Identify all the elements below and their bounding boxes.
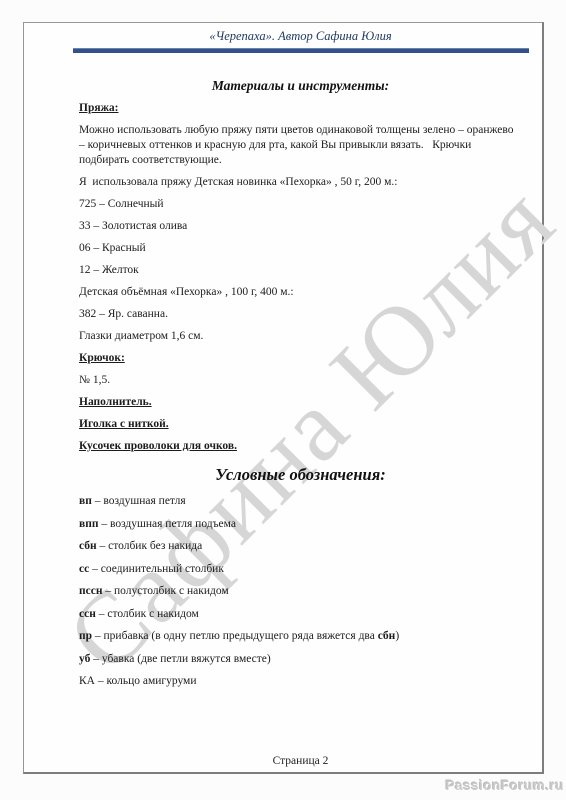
hook-label: Крючок: — [79, 351, 522, 366]
document-content: «Черепаха». Автор Сафина Юлия Материалы … — [24, 23, 542, 772]
page-border-frame: Сафина Юлия «Черепаха». Автор Сафина Юли… — [23, 22, 544, 774]
legend-item: уб – убавка (две петли вяжутся вместе) — [79, 652, 522, 667]
legend-term: сс — [79, 563, 89, 575]
document-page: Сафина Юлия «Черепаха». Автор Сафина Юли… — [0, 0, 566, 800]
legend-desc: – столбик с накидом — [96, 608, 199, 620]
legend-term: впп — [79, 518, 98, 530]
legend-term: сбн — [79, 540, 97, 552]
legend-desc: – убавка (две петли вяжутся вместе) — [90, 653, 270, 665]
legend-desc-bold: сбн — [378, 630, 396, 642]
hook-size-line: № 1,5. — [79, 373, 522, 388]
legend-term: ссн — [79, 608, 96, 620]
used-yarn-line: Я использовала пряжу Детская новинка «Пе… — [79, 175, 522, 190]
eyes-line: Глазки диаметром 1,6 см. — [79, 329, 522, 344]
legend-list: вп – воздушная петля впп – воздушная пет… — [79, 494, 522, 689]
legend-term: пссн — [79, 585, 102, 597]
legend-desc: ) — [395, 630, 399, 642]
legend-item: пр – прибавка (в одну петлю предыдущего … — [79, 629, 522, 644]
legend-desc: – воздушная петля подъема — [98, 518, 236, 530]
filler-label: Наполнитель. — [79, 395, 522, 410]
yarn-color-line: 06 – Красный — [79, 241, 522, 256]
legend-item: КА – кольцо амигуруми — [79, 674, 522, 689]
legend-term: вп — [79, 495, 92, 507]
legend-item: ссн – столбик с накидом — [79, 607, 522, 622]
legend-item: впп – воздушная петля подъема — [79, 517, 522, 532]
document-header-title: «Черепаха». Автор Сафина Юлия — [79, 28, 522, 44]
yarn-color-line: 33 – Золотистая олива — [79, 219, 522, 234]
legend-item: сбн – столбик без накида — [79, 539, 522, 554]
site-watermark: PassionForum.ru — [445, 778, 564, 793]
second-yarn-color-line: 382 – Яр. саванна. — [79, 307, 522, 322]
section-heading-legend: Условные обозначения: — [79, 465, 522, 485]
second-yarn-line: Детская объёмная «Пехорка» , 100 г, 400 … — [79, 285, 522, 300]
legend-desc: – воздушная петля — [92, 495, 186, 507]
section-heading-materials: Материалы и инструменты: — [79, 77, 522, 95]
yarn-label: Пряжа: — [79, 101, 522, 116]
legend-term: уб — [79, 653, 90, 665]
legend-desc: – кольцо амигуруми — [95, 675, 197, 687]
intro-paragraph: Можно использовать любую пряжу пяти цвет… — [79, 123, 522, 168]
legend-item: вп – воздушная петля — [79, 494, 522, 509]
legend-desc: – столбик без накида — [97, 540, 203, 552]
wire-label: Кусочек проволоки для очков. — [79, 439, 522, 454]
needle-label: Иголка с ниткой. — [79, 417, 522, 432]
legend-term: пр — [79, 630, 92, 642]
header-rule — [73, 48, 529, 53]
legend-item: сс – соединительный столбик — [79, 562, 522, 577]
yarn-color-line: 12 – Желток — [79, 263, 522, 278]
legend-item: пссн – полустолбик с накидом — [79, 584, 522, 599]
yarn-color-line: 725 – Солнечный — [79, 197, 522, 212]
legend-desc: – полустолбик с накидом — [102, 585, 228, 597]
legend-desc: – прибавка (в одну петлю предыдущего ряд… — [92, 630, 378, 642]
legend-term: КА — [79, 675, 95, 687]
legend-desc: – соединительный столбик — [89, 563, 224, 575]
